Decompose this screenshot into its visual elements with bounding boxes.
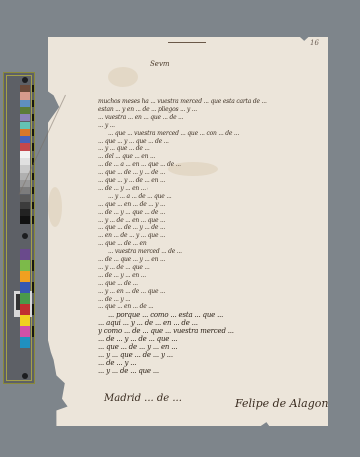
handwritten-line: ... que ... en ... de ... — [98, 303, 320, 310]
handwritten-line: ... que ... y ... que ... de ... — [98, 138, 320, 145]
handwritten-line: ... de ... que ... y ... en ... — [98, 256, 320, 263]
calibration-strip — [3, 72, 35, 384]
scale-tick — [32, 114, 34, 121]
handwritten-line: ... en ... de ... y ... que ... — [98, 232, 320, 239]
handwritten-line: ... de ... y ... — [98, 359, 320, 367]
strip-top-dot — [22, 77, 28, 83]
color-swatch — [20, 151, 30, 158]
handwritten-line: ... y ... de ... en ... que ... — [98, 217, 320, 224]
scale-tick — [32, 187, 34, 194]
strip-bottom-dot — [22, 373, 28, 379]
handwritten-line: ... que ... de ... y ... en ... — [98, 343, 320, 351]
handwritten-line: ... de ... y ... en ... de ... — [98, 185, 148, 192]
scale-tick — [32, 304, 34, 315]
handwritten-line: ... que ... de ... en ... — [98, 240, 148, 247]
color-swatch — [20, 100, 30, 107]
page-number: 16 — [310, 39, 319, 47]
color-swatch — [20, 216, 30, 223]
handwritten-line: ... de ... y ... de ... que ... — [98, 335, 320, 343]
scale-tick — [32, 85, 34, 92]
handwritten-line: ... y ... que ... de ... — [98, 145, 320, 152]
color-swatch — [20, 293, 30, 304]
color-swatch — [20, 209, 30, 216]
scale-tick — [32, 143, 34, 150]
handwritten-line: ... que ... de ... y ... de ... — [98, 224, 320, 231]
handwritten-line: ... de ... y ... que ... de ... — [98, 209, 320, 216]
handwritten-line: estan ... y en ... de ... pliegos ... y … — [98, 106, 320, 113]
scale-tick — [32, 282, 34, 293]
scale-tick — [32, 216, 34, 223]
top-rule-mark — [168, 42, 206, 43]
handwritten-line: muchos meses ha ... vuestra merced ... q… — [98, 98, 320, 105]
color-swatch — [20, 304, 30, 315]
scale-tick — [32, 202, 34, 209]
handwritten-line: ... de ... y ... — [98, 296, 320, 303]
color-swatch — [20, 315, 30, 326]
color-swatch — [20, 158, 30, 165]
stain — [48, 187, 62, 227]
scale-tick — [32, 129, 34, 136]
color-swatch — [20, 249, 30, 260]
handwritten-line: ... que ... de ... — [98, 280, 320, 287]
color-swatch — [20, 129, 30, 136]
handwritten-line: ... y ... — [98, 122, 148, 129]
document-heading: Sevm — [150, 60, 170, 68]
color-swatch — [20, 326, 30, 337]
handwritten-line: ... que ... de ... y ... de ... — [98, 169, 320, 176]
color-swatch — [20, 282, 30, 293]
handwritten-line: ... y ... que ... de ... y ... — [98, 351, 320, 359]
handwritten-line: ... vuestra ... en ... que ... de ... — [98, 114, 320, 121]
color-swatch — [20, 92, 30, 99]
stain — [108, 67, 138, 87]
color-swatch — [20, 195, 30, 202]
handwritten-line: ... aqui ... y ... de ... en ... de ... — [98, 319, 320, 327]
handwritten-line: ... que ... y ... de ... en ... — [98, 177, 320, 184]
handwritten-line: ... y ... de ... que ... — [98, 367, 320, 375]
color-swatch — [20, 114, 30, 121]
color-swatch — [20, 136, 30, 143]
handwritten-line: ... vuestra merced ... de ... — [108, 248, 320, 255]
scale-tick — [32, 100, 34, 107]
scale-tick — [32, 260, 34, 271]
color-swatch — [20, 260, 30, 271]
handwritten-line: ... y ... a ... de ... que ... — [108, 193, 320, 200]
color-swatch — [20, 202, 30, 209]
color-swatch — [20, 143, 30, 150]
handwritten-line: ... porque ... como ... esta ... que ... — [108, 311, 320, 319]
handwritten-line: ... que ... en ... de ... y ... — [98, 201, 320, 208]
color-swatch — [20, 122, 30, 129]
signature: Felipe de Alagon — [235, 397, 328, 410]
strip-mid-dot — [22, 233, 28, 239]
handwritten-line: ... del ... que ... en ... — [98, 153, 320, 160]
color-swatch — [20, 107, 30, 114]
handwritten-line: ... de ... y ... en ... — [98, 272, 320, 279]
color-swatch — [20, 85, 30, 92]
closing-place-date: Madrid ... de ... — [104, 393, 182, 404]
color-swatch — [20, 271, 30, 282]
handwritten-line: ... y ... de ... que ... — [98, 264, 320, 271]
scale-tick — [32, 326, 34, 337]
color-swatch — [20, 337, 30, 348]
handwritten-line: ... de ... a ... en ... que ... de ... — [98, 161, 320, 168]
handwritten-line: ... que ... vuestra merced ... que ... c… — [108, 130, 320, 137]
scale-tick — [32, 173, 34, 180]
handwritten-line: ... y ... en ... de ... que ... — [98, 288, 320, 295]
handwritten-line: y como ... de ... que ... vuestra merced… — [98, 327, 320, 335]
